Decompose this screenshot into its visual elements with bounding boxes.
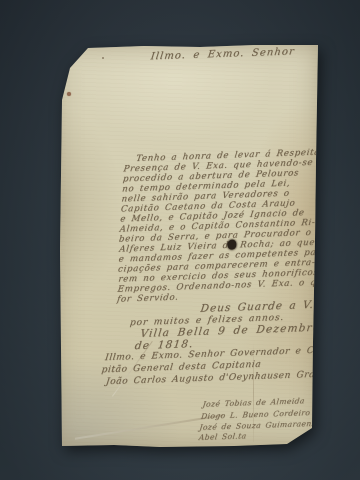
photo-of-manuscript: Illmo. e Exmo. Senhor Tenho a honra de l… bbox=[0, 0, 360, 480]
signature-line: Abel Sol.ta bbox=[198, 431, 247, 442]
manuscript-paper: Illmo. e Exmo. Senhor Tenho a honra de l… bbox=[54, 42, 320, 450]
paper-shadow: Illmo. e Exmo. Senhor Tenho a honra de l… bbox=[0, 0, 360, 480]
ink-blot bbox=[227, 239, 236, 249]
signature-line: Jozé de Souza Guimaraens bbox=[199, 419, 317, 432]
salutation-line: Illmo. e Exmo. Senhor bbox=[150, 46, 296, 62]
handwriting-layer: Illmo. e Exmo. Senhor Tenho a honra de l… bbox=[45, 38, 325, 455]
body-line: for Servido. bbox=[116, 293, 179, 305]
signature-line: Jozé Tobias de Almeida bbox=[202, 396, 305, 409]
